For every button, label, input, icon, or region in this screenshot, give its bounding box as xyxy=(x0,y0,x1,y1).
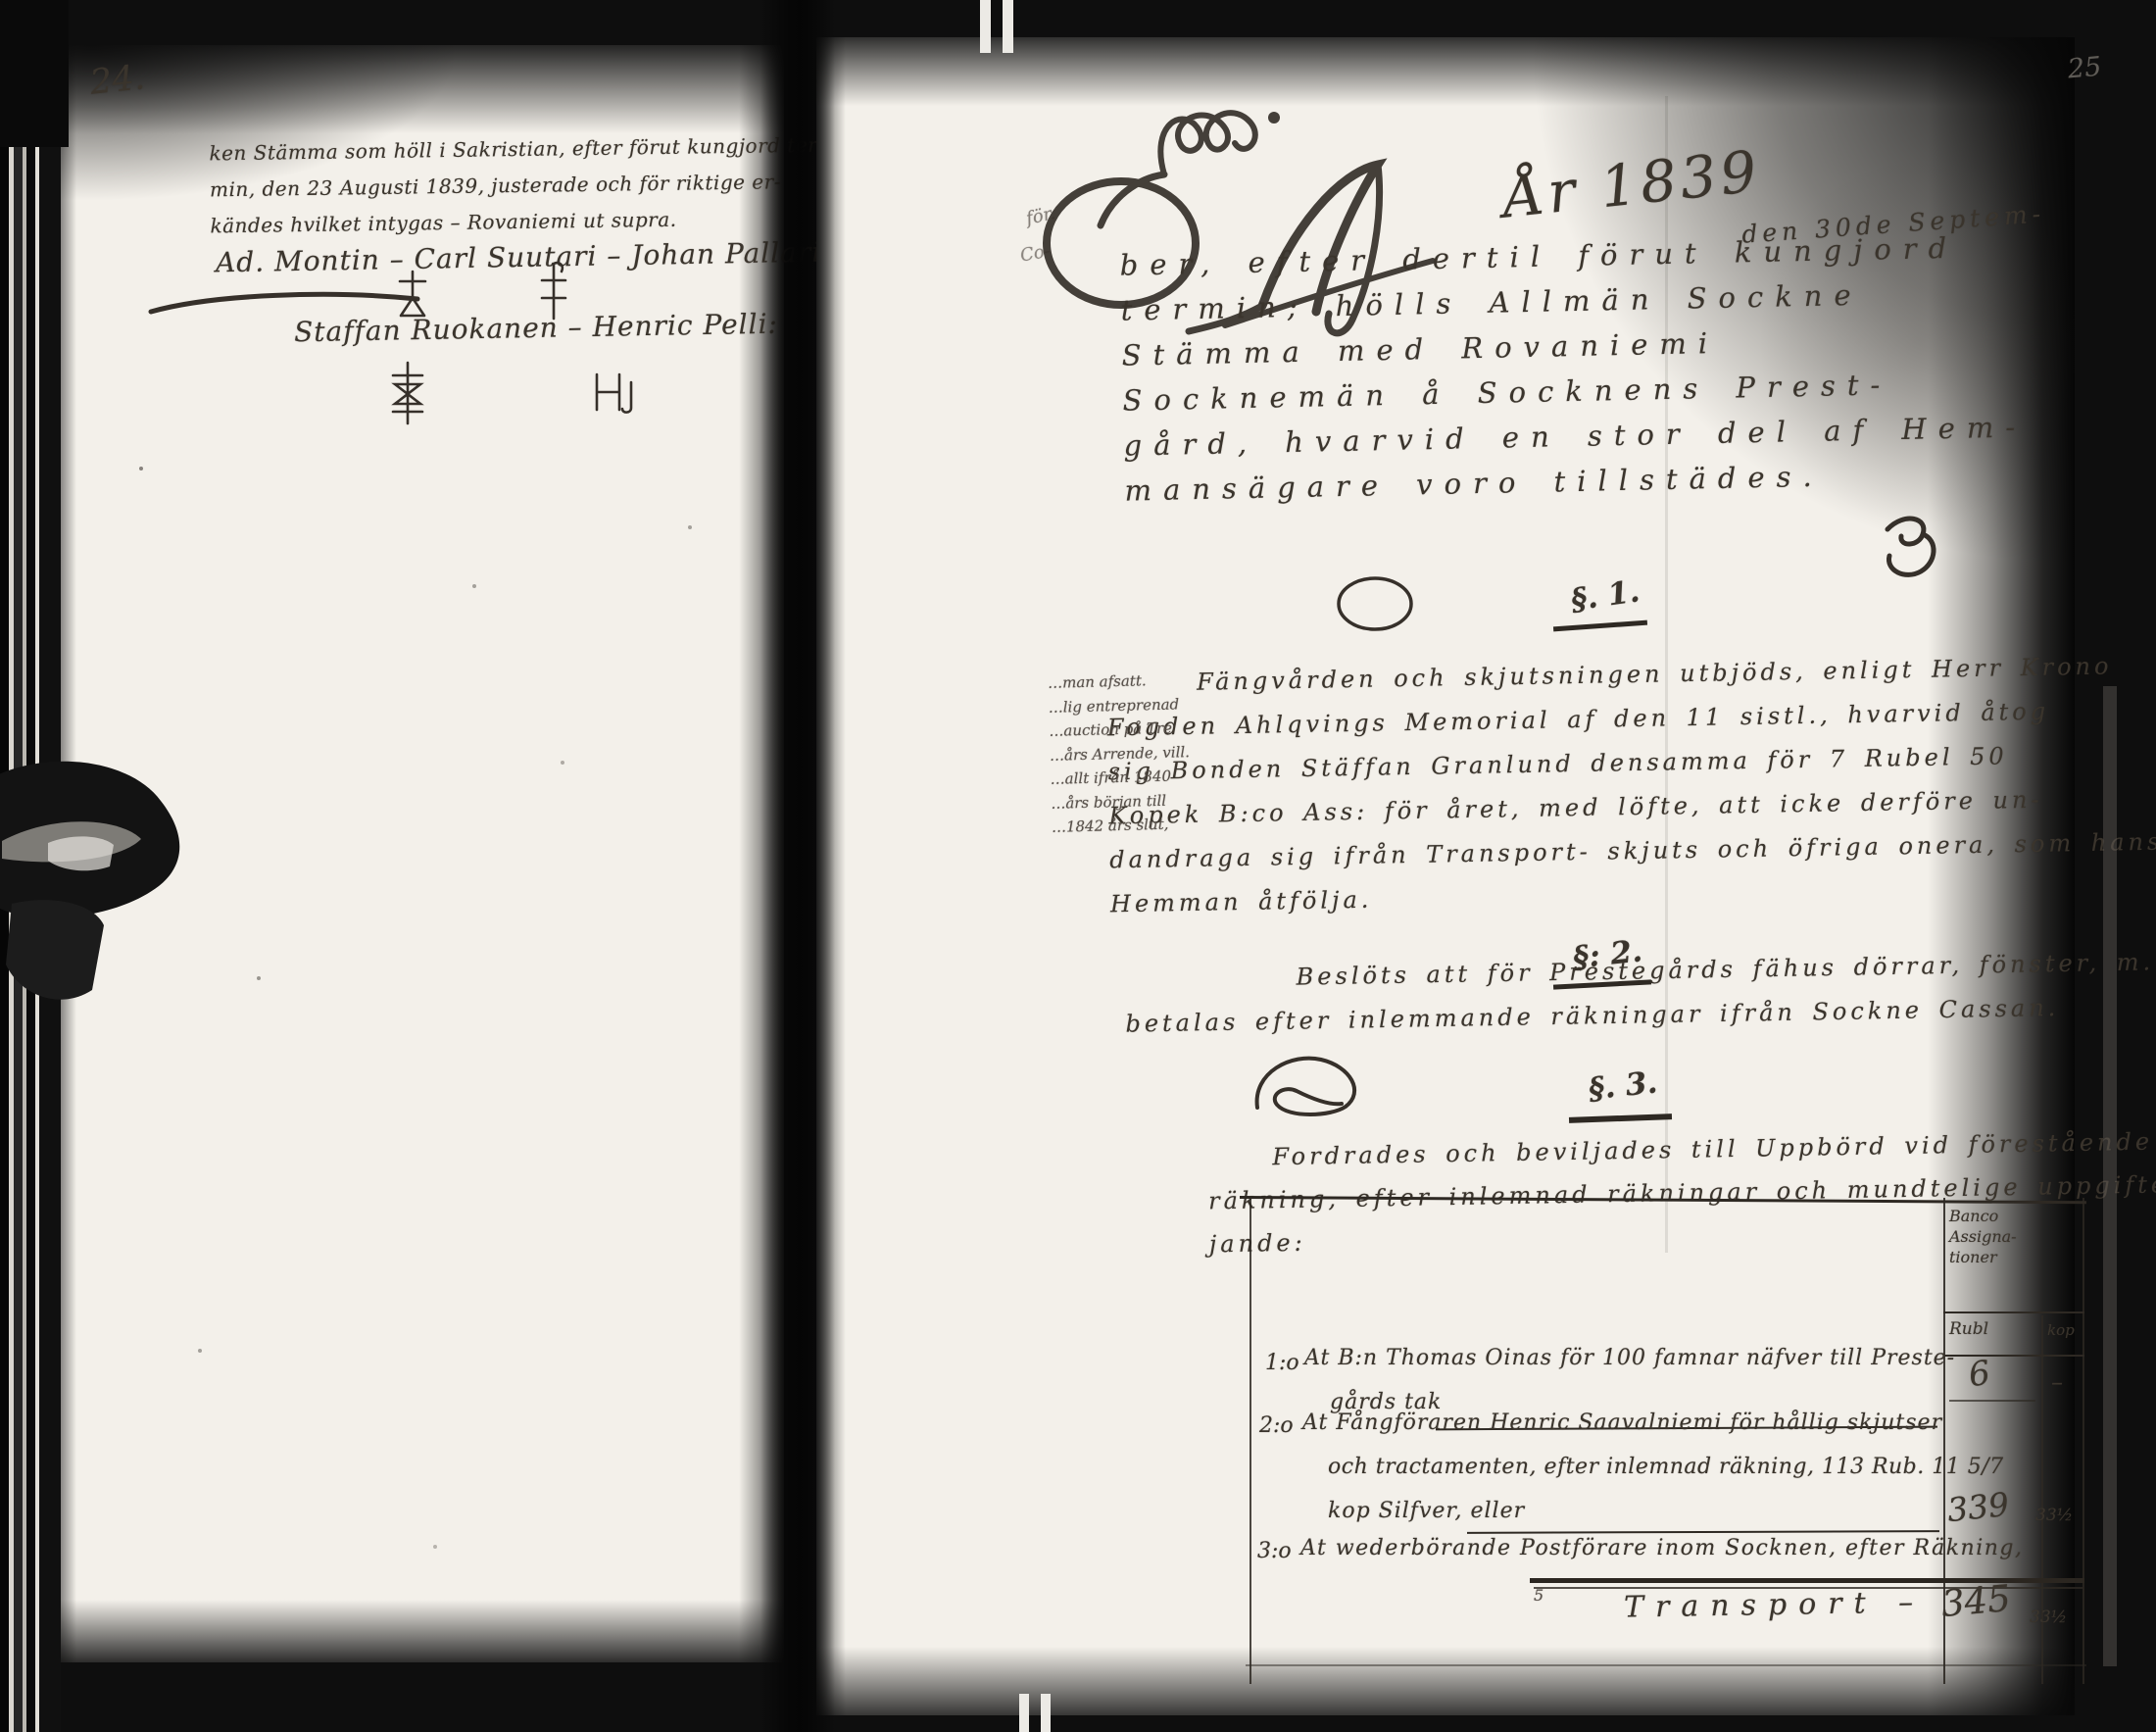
registration-mark xyxy=(1041,1694,1051,1732)
table-rule-right xyxy=(2082,1198,2084,1684)
transport-label: Transport – xyxy=(1624,1585,1926,1624)
amount-rule xyxy=(1949,1400,2035,1402)
amount-rubl: 339 xyxy=(1945,1485,2011,1529)
book-gutter-shadow xyxy=(760,0,835,1732)
registration-mark xyxy=(1003,0,1013,53)
table-row-text: kop Silfver, eller xyxy=(1328,1499,1525,1523)
right-page: för. Co- År 1839 den 30de Septem- ber, e… xyxy=(816,37,2075,1715)
table-rule-kop-col xyxy=(2041,1315,2043,1684)
transport-rubl: 345 xyxy=(1939,1577,2012,1625)
bottom-shadow xyxy=(51,1600,784,1662)
amount-rubl: 6 xyxy=(1966,1354,1992,1396)
page-holder-clamp xyxy=(0,747,200,1041)
page-number: 25 xyxy=(2067,52,2103,85)
page-number: 24. xyxy=(88,58,147,103)
handwriting-line: …man afsatt. xyxy=(1048,668,1189,695)
signature-underline-flourish-icon xyxy=(145,286,429,318)
amount-column-header: Banco Assigna- tioner xyxy=(1949,1206,2017,1267)
loop-flourish-icon xyxy=(1248,1047,1395,1127)
registration-mark xyxy=(1019,1694,1029,1732)
closing-paragraph: ken Stämma som höll i Sakristian, efter … xyxy=(209,127,826,245)
registration-mark xyxy=(980,0,991,53)
table-row-text: At Fångföraren Henric Saavalniemi för hå… xyxy=(1302,1410,1942,1435)
bomarke-ruokanen-icon xyxy=(388,361,427,425)
table-rule-header xyxy=(1943,1311,2084,1313)
header-line: Banco xyxy=(1949,1206,2017,1226)
curl-flourish-icon xyxy=(1880,510,1944,588)
handwriting-line: …lig entreprenad xyxy=(1048,692,1189,719)
stray-mark: 5 xyxy=(1534,1586,1543,1605)
row-number: 1:o xyxy=(1265,1351,1299,1375)
heading-underline xyxy=(1569,1113,1672,1123)
bomarke-suutari-icon xyxy=(396,269,429,320)
table-row-text: och tractamenten, efter inlemnad räkning… xyxy=(1328,1455,2004,1479)
header-line: tioner xyxy=(1949,1247,2017,1267)
section-1-heading: §. 1. xyxy=(1569,573,1641,618)
fill-dash-rule xyxy=(1467,1530,1939,1534)
table-row-text: At wederbörande Postförare inom Socknen,… xyxy=(1300,1536,2023,1560)
margin-note: …man afsatt. …lig entreprenad …auction p… xyxy=(1048,668,1192,839)
section-1-paragraph: Fängvården och skjutsningen utbjöds, enl… xyxy=(1106,644,2156,927)
book-scan: 24. ken Stämma som höll i Sakristian, ef… xyxy=(0,0,2156,1732)
oval-flourish-icon xyxy=(1334,574,1416,637)
transport-kop: 33½ xyxy=(2030,1608,2067,1627)
handwriting-line: …1842 års slut, xyxy=(1052,812,1193,839)
amount-kop: – xyxy=(2051,1368,2063,1396)
top-shadow xyxy=(51,45,784,133)
table-row-text: At B:n Thomas Oinas för 100 famnar näfve… xyxy=(1304,1346,1955,1370)
table-rule-subheader xyxy=(1943,1355,2084,1357)
table-rule-bottom xyxy=(1246,1664,2086,1666)
table-rule-left xyxy=(1249,1198,1251,1684)
row-number: 2:o xyxy=(1259,1413,1294,1438)
amount-kop: 33½ xyxy=(2035,1506,2073,1525)
ink-specks xyxy=(139,467,143,470)
currency-header-rubl: Rubl xyxy=(1949,1319,1988,1339)
intro-paragraph: ber, efter dertil förut kungjord termin;… xyxy=(1119,223,2028,513)
currency-header-kop: kop xyxy=(2047,1321,2075,1339)
heading-underline xyxy=(1553,620,1647,632)
row-number: 3:o xyxy=(1257,1539,1292,1563)
handwriting-line: …allt ifrån 1840 xyxy=(1050,764,1191,791)
header-line: Assigna- xyxy=(1949,1226,2017,1247)
account-table: Banco Assigna- tioner Rubl kop 1:o At B:… xyxy=(1240,1196,2086,1686)
bomarke-pelli-icon xyxy=(592,369,641,416)
handwriting-line: …års Arrende, vill. xyxy=(1050,740,1191,767)
table-rule-top xyxy=(1240,1196,2086,1204)
book-edge-right xyxy=(2103,686,2117,1666)
handwriting-line: …års början till xyxy=(1051,788,1192,816)
handwriting-line: …auction på Tre xyxy=(1049,716,1190,743)
section-3-heading: §. 3. xyxy=(1587,1064,1659,1107)
section-2-paragraph: Beslöts att för Prestegårds fähus dörrar… xyxy=(1124,939,2156,1046)
